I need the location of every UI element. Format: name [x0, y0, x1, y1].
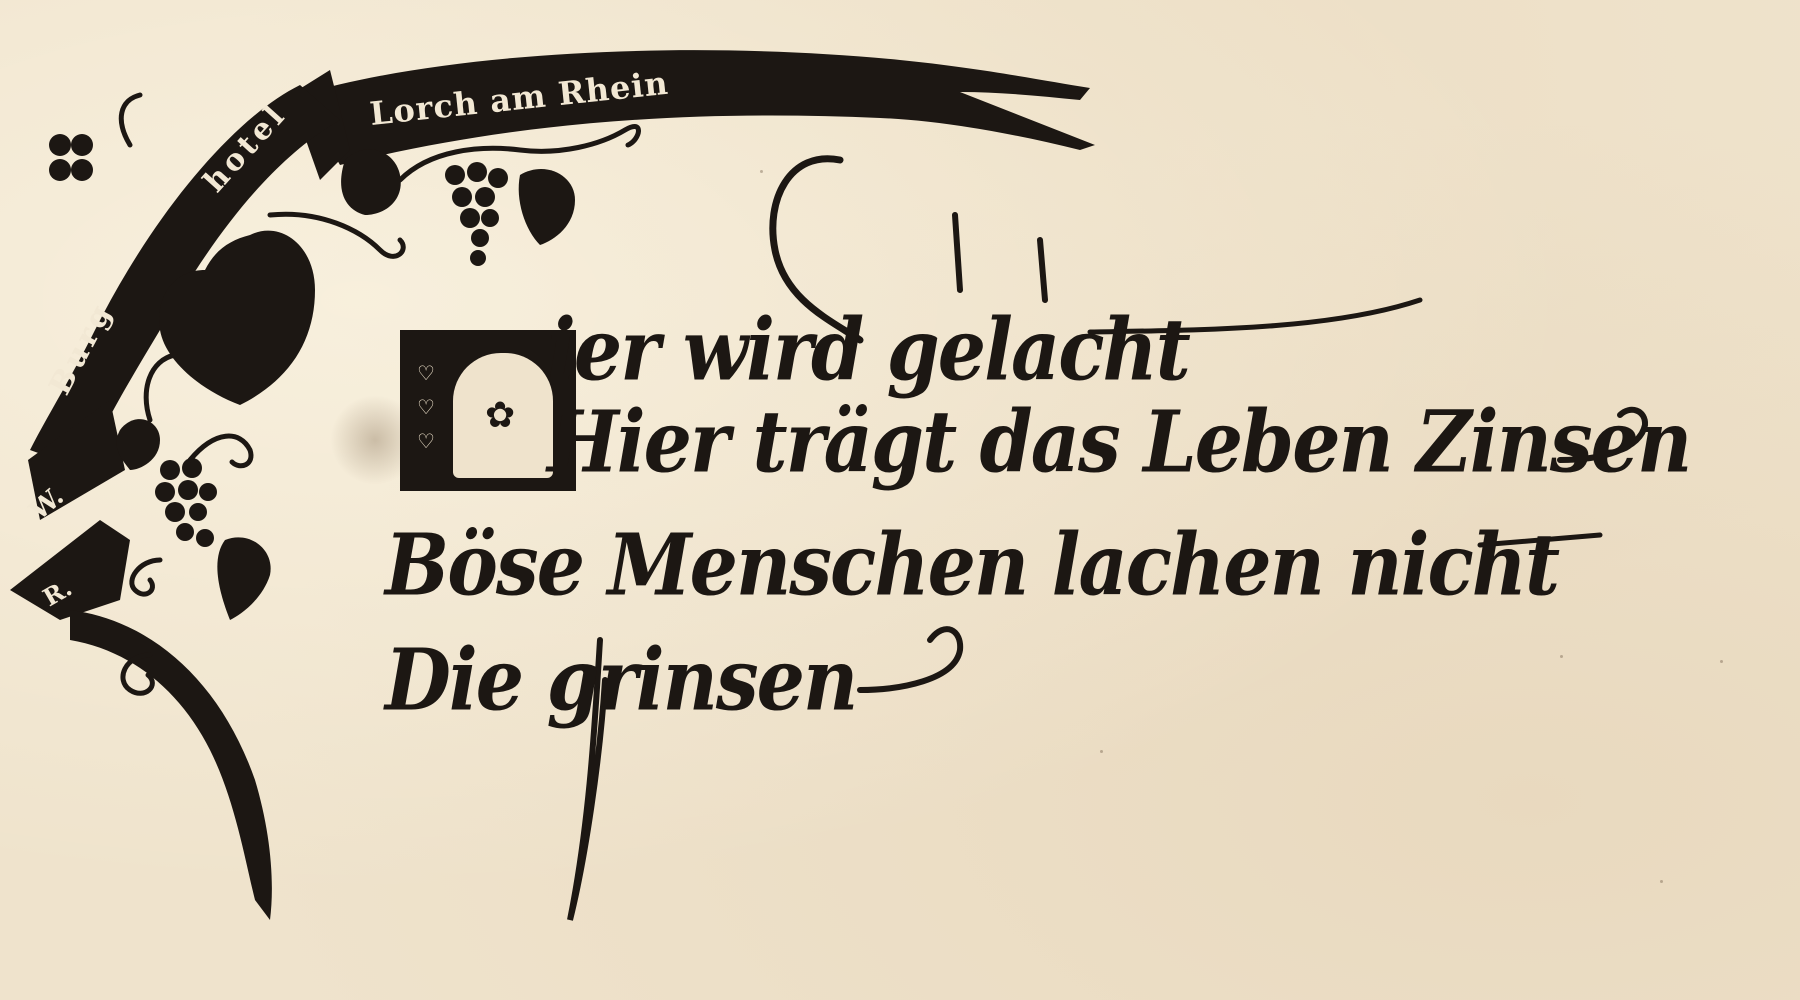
poem-line-3: Böse Menschen lachen nicht: [385, 515, 1558, 615]
flourish-swash: [860, 629, 960, 690]
poem-line-1: ier wird gelacht: [547, 300, 1189, 400]
flourish-ascender: [1040, 240, 1045, 300]
flourish-ascender: [955, 215, 960, 290]
poem-line-4: Die grinsen: [385, 630, 856, 730]
poem-line-2: Hier trägt das Leben Zinsen: [547, 392, 1690, 492]
calligraphic-flourishes: [0, 0, 1800, 1000]
